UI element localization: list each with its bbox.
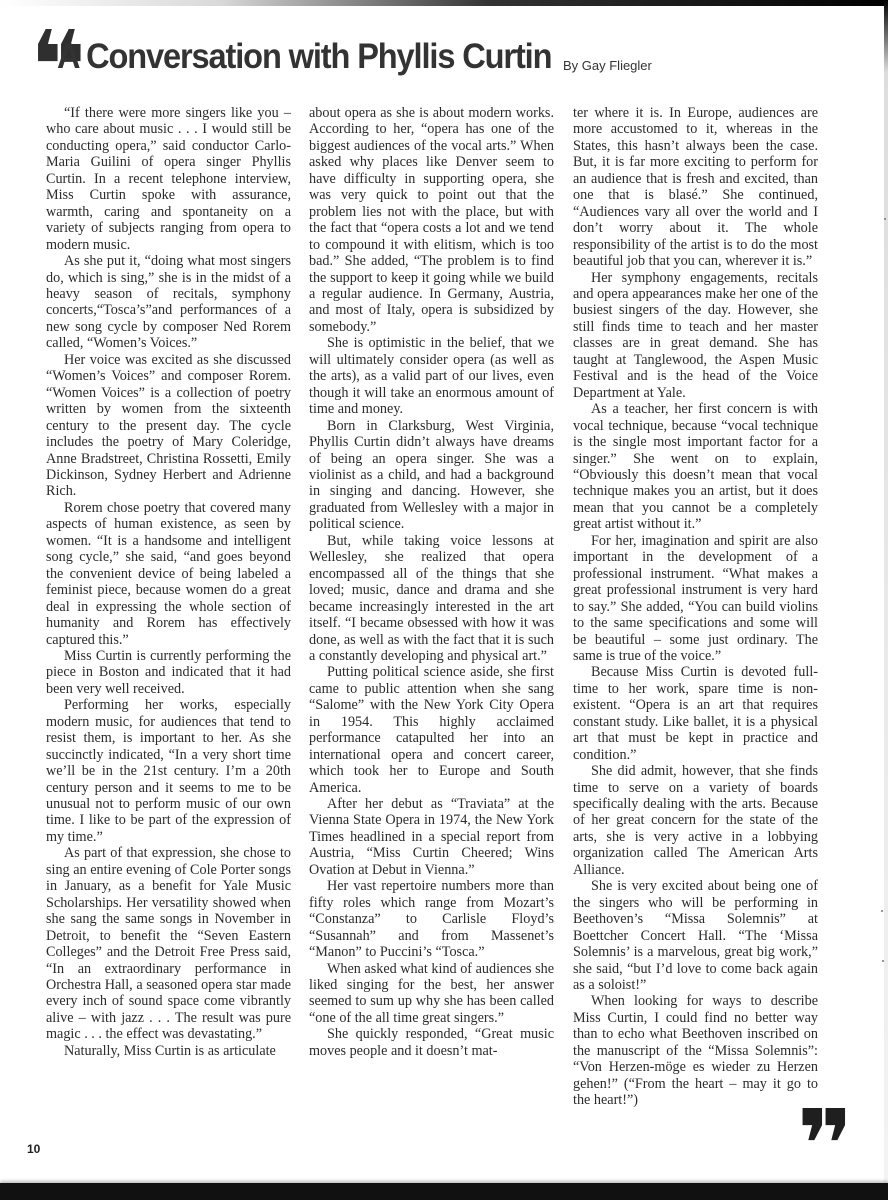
paragraph: Her symphony engagements, recitals and o… [573, 270, 818, 402]
paragraph: As part of that expression, she chose to… [46, 845, 291, 1042]
scan-speck [884, 218, 886, 220]
paragraph: After her debut as “Traviata” at the Vie… [309, 796, 554, 878]
article-column-3: ter where it is. In Europe, audiences ar… [573, 105, 818, 1109]
page-number: 10 [27, 1142, 40, 1156]
paragraph: Her voice was excited as she discussed “… [46, 352, 291, 500]
paragraph-continued: ter where it is. In Europe, audiences ar… [573, 105, 818, 270]
scan-edge-bottom [0, 1183, 888, 1200]
paragraph: When asked what kind of audiences she li… [309, 961, 554, 1027]
article-column-1: “If there were more singers like you – w… [46, 105, 291, 1059]
paragraph: Her vast repertoire numbers more than fi… [309, 878, 554, 960]
scan-speck [882, 960, 884, 962]
paragraph: She is optimistic in the belief, that we… [309, 335, 554, 417]
paragraph: Miss Curtin is currently performing the … [46, 648, 291, 697]
paragraph: Because Miss Curtin is devoted full-time… [573, 664, 818, 763]
paragraph: “If there were more singers like you – w… [46, 105, 291, 253]
paragraph: She quickly responded, “Great music move… [309, 1026, 554, 1059]
scan-edge-right [884, 0, 888, 1200]
article-column-2: about opera as she is about modern works… [309, 105, 554, 1059]
paragraph: Putting political science aside, she fir… [309, 664, 554, 796]
paragraph: When looking for ways to describe Miss C… [573, 993, 818, 1108]
paragraph: She did admit, however, that she finds t… [573, 763, 818, 878]
paragraph-continued: about opera as she is about modern works… [309, 105, 554, 335]
paragraph: Rorem chose poetry that covered many asp… [46, 500, 291, 648]
paragraph: As a teacher, her first concern is with … [573, 401, 818, 533]
paragraph: Naturally, Miss Curtin is as articulate [46, 1043, 291, 1059]
paragraph: But, while taking voice lessons at Welle… [309, 533, 554, 665]
article-byline: By Gay Fliegler [563, 58, 652, 73]
paragraph: For her, imagination and spirit are also… [573, 533, 818, 665]
paragraph: Born in Clarksburg, West Virginia, Phyll… [309, 418, 554, 533]
scan-speck [881, 910, 883, 912]
paragraph: She is very excited about being one of t… [573, 878, 818, 993]
paragraph: As she put it, “doing what most singers … [46, 253, 291, 352]
article-title: A Conversation with Phyllis Curtin [57, 37, 551, 77]
close-quote-mark-icon: ❞ [797, 1097, 853, 1193]
paragraph: Performing her works, especially modern … [46, 697, 291, 845]
scan-edge-top [0, 0, 888, 6]
